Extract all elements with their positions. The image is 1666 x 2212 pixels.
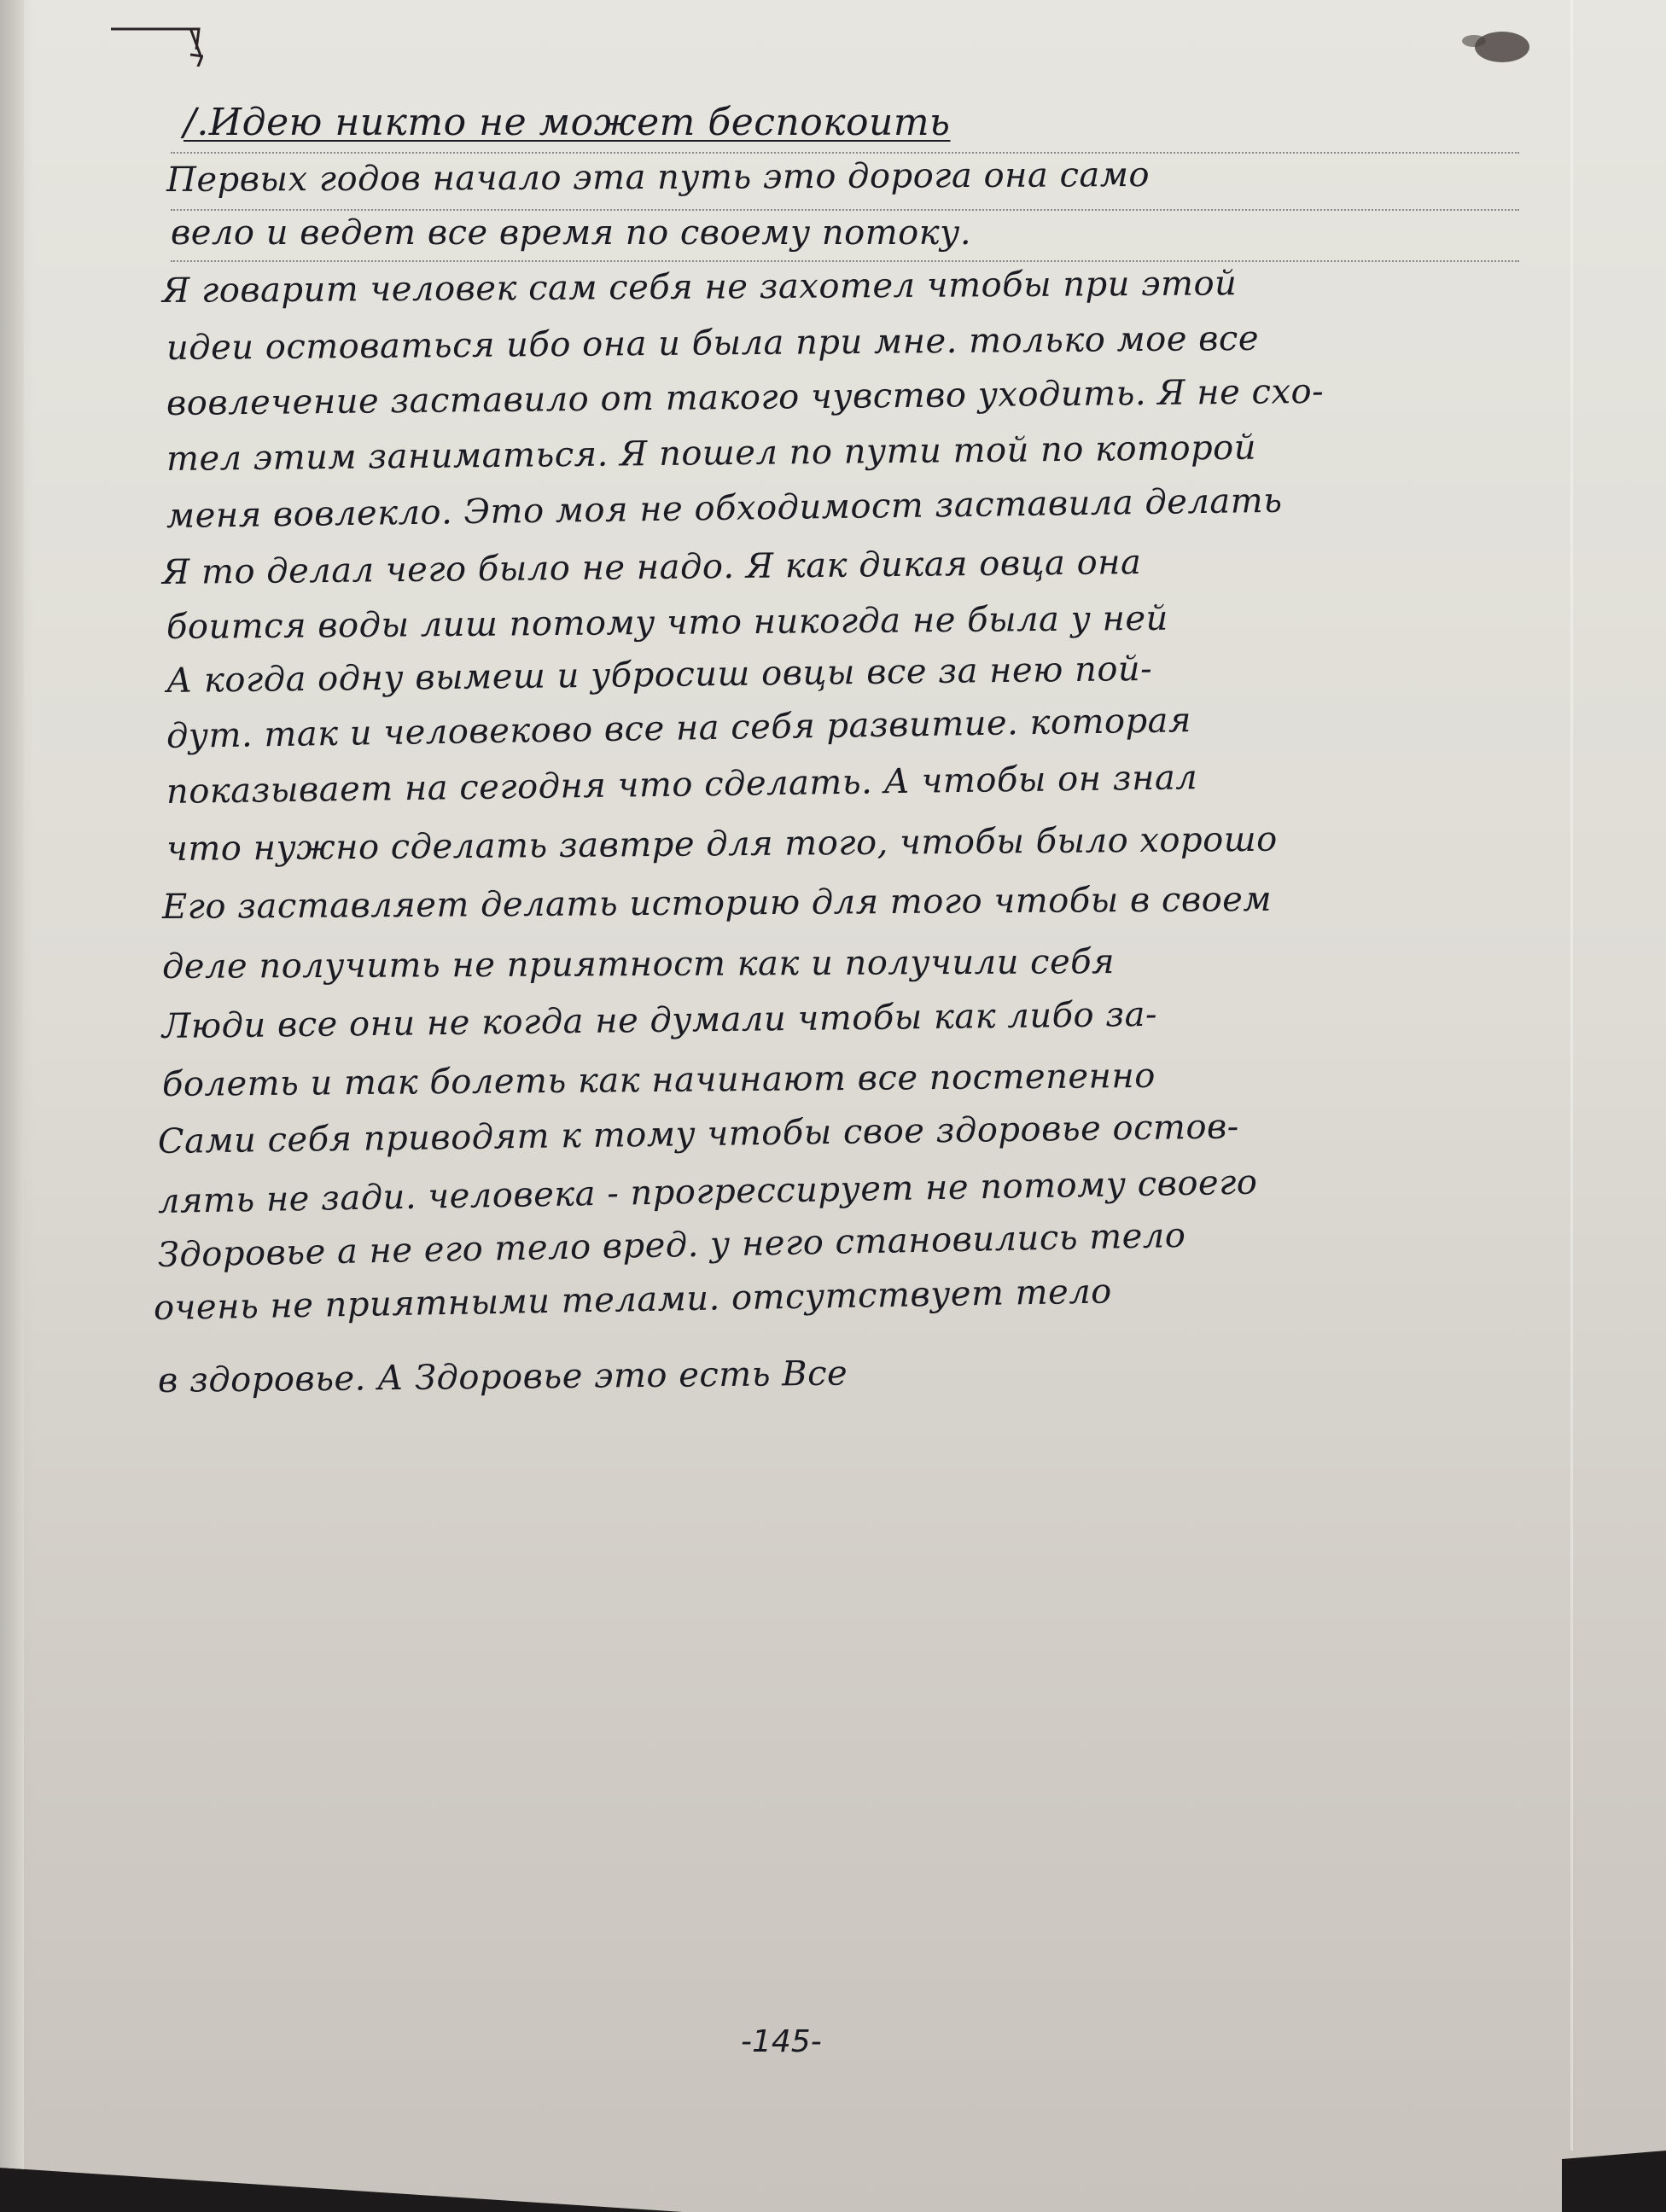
manuscript-line: дут. так и человеково все на себя развит… [166,701,1192,756]
manuscript-line: Я говарит человек сам себя не захотел чт… [162,264,1238,311]
manuscript-line: тел этим заниматься. Я пошел по пути той… [166,428,1257,479]
manuscript-line: Сами себя приводят к тому чтобы свое здо… [158,1107,1239,1161]
manuscript-line: деле получить не приятност как и получил… [162,942,1115,987]
manuscript-title: /.Идею никто не может беспокоить [183,101,951,144]
manuscript-line: в здоровье. А Здоровье это есть Все [158,1354,848,1400]
corner-bracket-mark-icon [109,24,203,67]
manuscript-line: вовлечение заставило от такого чувство у… [166,372,1325,423]
ruled-line [171,152,1519,154]
manuscript-line: что нужно сделать завтре для того, чтобы… [166,820,1278,869]
manuscript-page: /.Идею никто не может беспокоить Первых … [0,0,1666,2212]
ruled-line [171,209,1519,211]
page-number: -145- [741,2024,822,2059]
manuscript-line: меня вовлекло. Это моя не обходимост зас… [166,481,1283,536]
manuscript-line: Здоровье а не его тело вред. у него стан… [158,1216,1186,1275]
manuscript-line: болеть и так болеть как начинают все пос… [162,1057,1156,1104]
manuscript-line: идеи остоваться ибо она и была при мне. … [166,319,1259,368]
ink-stain [1455,24,1536,71]
ruled-line [171,260,1519,262]
manuscript-line: лять не зади. человека - прогрессирует н… [158,1163,1258,1221]
manuscript-line: Я то делал чего было не надо. Я как дика… [162,543,1142,592]
manuscript-line: очень не приятными телами. отсутствует т… [154,1272,1113,1328]
manuscript-line: вело и ведет все время по своему потоку. [171,213,971,253]
manuscript-line: А когда одну вымеш и убросиш овцы все за… [166,649,1153,701]
page-edge-shadow [0,0,24,2212]
manuscript-line: Его заставляет делать историю для того ч… [162,880,1272,927]
manuscript-line: показывает на сегодня что сделать. А что… [166,758,1198,812]
manuscript-line: Люди все они не когда не думали чтобы ка… [162,995,1158,1046]
manuscript-line: Первых годов начало эта путь это дорога … [166,155,1150,200]
paper-fold-line [1570,0,1573,2151]
manuscript-line: боится воды лиш потому что никогда не бы… [166,599,1168,647]
